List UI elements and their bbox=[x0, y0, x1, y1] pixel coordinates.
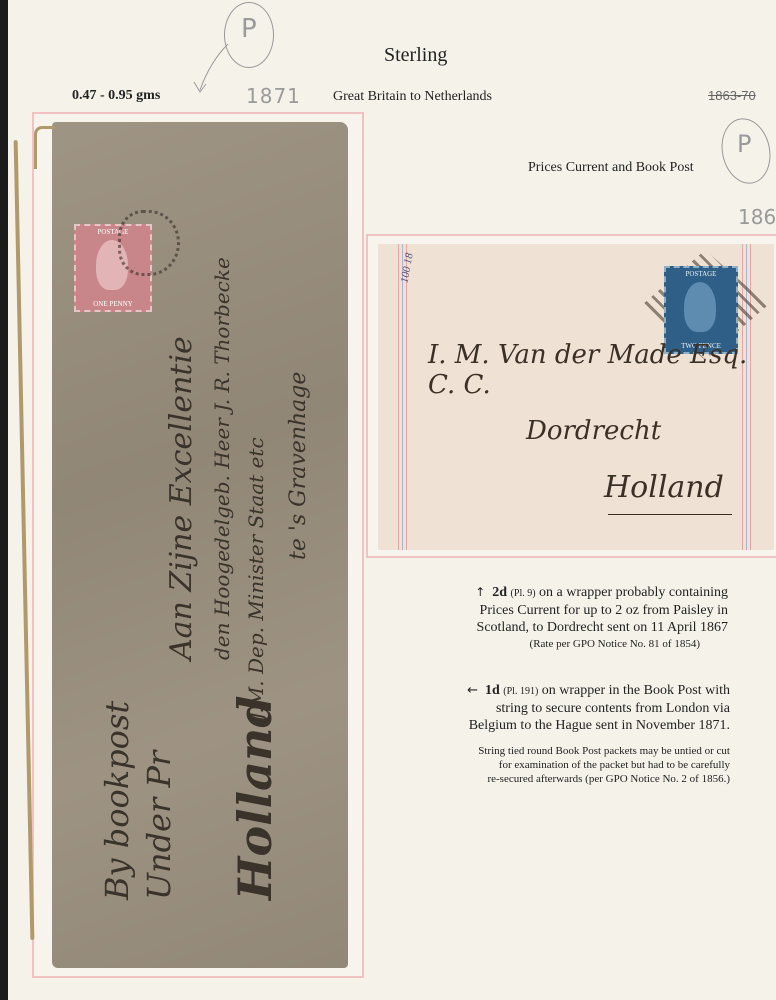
weight-range: 0.47 - 0.95 gms bbox=[72, 88, 160, 104]
section-title: Prices Current and Book Post bbox=[528, 160, 694, 176]
pencil-year-right: 1867 bbox=[738, 205, 776, 229]
caption-value: 1d bbox=[485, 683, 500, 698]
caption-1d: ← 1d (Pl. 191) on wrapper in the Book Po… bbox=[428, 682, 730, 734]
queen-portrait-icon bbox=[684, 282, 716, 332]
string-note: String tied round Book Post packets may … bbox=[428, 744, 730, 786]
pencil-year-left: 1871 bbox=[246, 84, 301, 108]
handwriting-line: Holland bbox=[228, 695, 282, 900]
struck-date: 1863-70 bbox=[708, 88, 756, 103]
caption-plate: (Pl. 9) bbox=[511, 588, 536, 599]
handwriting-line: J.M. Dep. Minister Staat etc bbox=[244, 437, 268, 720]
caption-plate: (Pl. 191) bbox=[503, 686, 538, 697]
handwriting-line: te 's Gravenhage bbox=[286, 372, 311, 560]
pencil-arrow-icon bbox=[188, 40, 238, 100]
address-line-country: Holland bbox=[604, 470, 724, 505]
pencil-p-right: P bbox=[737, 130, 751, 158]
up-arrow-icon: ↑ bbox=[475, 585, 485, 599]
pencil-p-left: P bbox=[241, 14, 257, 44]
ruled-line bbox=[398, 244, 399, 550]
handwriting-line: By bookpost bbox=[98, 701, 136, 900]
page-title: Sterling bbox=[384, 44, 447, 67]
caption-value: 2d bbox=[492, 585, 507, 600]
handwriting-line: Aan Zijne Excellentie bbox=[164, 336, 199, 660]
address-underline bbox=[608, 514, 732, 515]
string-knot bbox=[34, 126, 55, 169]
left-arrow-icon: ← bbox=[467, 683, 478, 698]
ruled-line bbox=[406, 244, 407, 550]
ruled-line bbox=[402, 244, 403, 550]
wrapper-handwriting: By bookpost Under Pr Holland Aan Zijne E… bbox=[78, 160, 378, 920]
address-line-city: Dordrecht bbox=[526, 416, 661, 446]
address-line-name: I. M. Van der Made Esq. C. C. bbox=[428, 340, 776, 400]
handwriting-line: Under Pr bbox=[140, 751, 178, 900]
album-page: Sterling 0.47 - 0.95 gms Great Britain t… bbox=[8, 0, 776, 1000]
caption-2d: ↑ 2d (Pl. 9) on a wrapper probably conta… bbox=[438, 584, 728, 653]
caption-rate: (Rate per GPO Notice No. 81 of 1854) bbox=[438, 636, 728, 653]
page-subtitle: Great Britain to Netherlands bbox=[333, 89, 492, 105]
handwriting-line: den Hoogedelgeb. Heer J. R. Thorbecke bbox=[210, 257, 234, 660]
